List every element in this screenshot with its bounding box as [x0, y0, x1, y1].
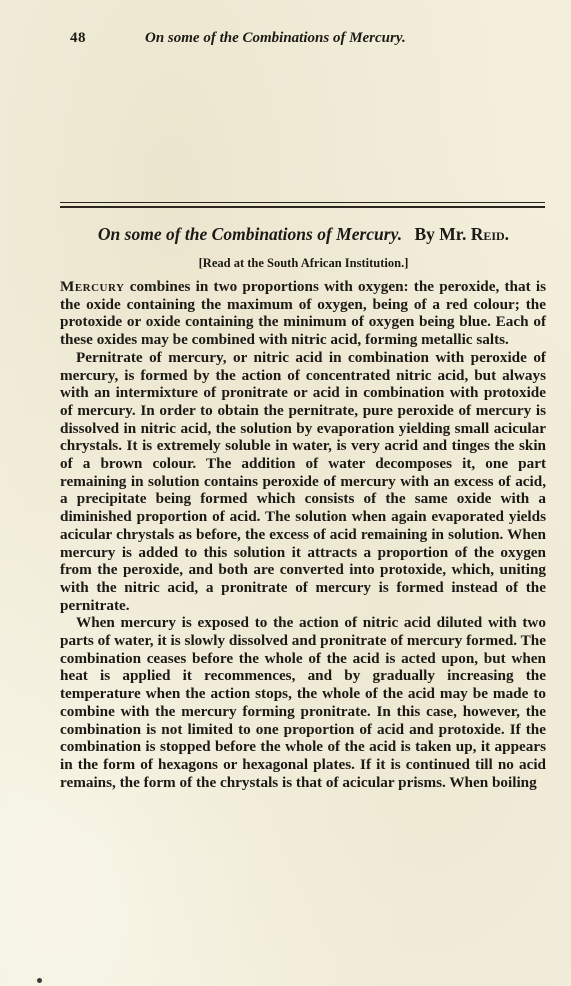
paragraph-2: Pernitrate of mercury, or nitric acid in… [60, 349, 546, 615]
byline-prefix: By Mr. [414, 224, 466, 244]
article-heading: On some of the Combinations of Mercury. … [60, 224, 547, 245]
running-head: 48 On some of the Combinations of Mercur… [70, 30, 510, 52]
running-title: On some of the Combinations of Mercury. [145, 30, 406, 47]
article-body: Mercury combines in two proportions with… [60, 278, 546, 791]
paragraph-1: Mercury combines in two proportions with… [60, 278, 546, 349]
paragraph-3: When mercury is exposed to the action of… [60, 614, 546, 791]
page-number: 48 [70, 30, 86, 47]
article-byline: By Mr. Reid. [414, 224, 509, 244]
paragraph-1-text: combines in two proportions with oxygen:… [60, 278, 546, 348]
drop-first-word: Mercury [60, 278, 125, 295]
author-name: Reid. [471, 224, 509, 244]
article-title: On some of the Combinations of Mercury. [98, 224, 402, 244]
book-page: 48 On some of the Combinations of Mercur… [0, 0, 571, 986]
read-note: [Read at the South African Institution.] [60, 256, 547, 271]
scan-speck [37, 978, 42, 983]
double-rule-divider [60, 202, 545, 208]
